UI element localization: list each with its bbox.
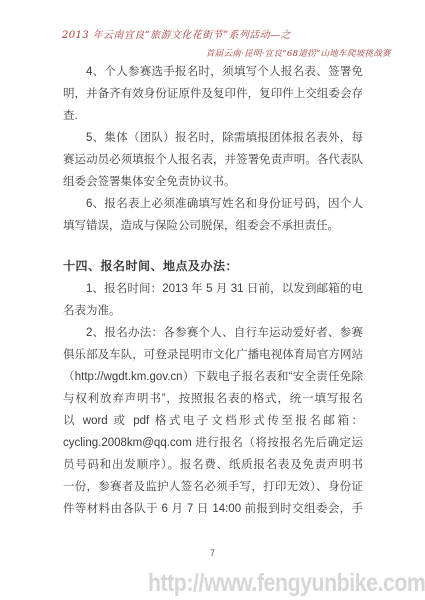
document-page: 2013 年云南宜良“旅游文化花街节”系列活动—之 首届云南·昆明·宜良“68道…: [0, 0, 425, 600]
header-race-title: 首届云南·昆明·宜良“68道拐”山地车爬坡挑战赛: [206, 47, 391, 59]
paragraph-line: 名表为准。: [63, 300, 363, 322]
section-heading: 十四、报名时间、地点及办法：: [63, 255, 363, 278]
header-event-series: 2013 年云南宜良“旅游文化花街节”系列活动—之: [62, 26, 291, 41]
paragraph-line: 填写错误，造成与保险公司脱保，组委会不承担责任。: [63, 215, 363, 237]
paragraph-line: 员号码和出发顺序）。报名费、纸质报名表及免责声明书（每人: [63, 454, 363, 476]
paragraph-line: 查.: [63, 105, 363, 127]
paragraph-line: 6、报名表上必须准确填写姓名和身份证号码，因个人原因: [63, 193, 363, 215]
paragraph-line: 5、集体（团队）报名时，除需填报团体报名表外，每名参: [63, 127, 363, 149]
paragraph-line: 组委会签署集体安全免责协议书。: [63, 171, 363, 193]
paragraph-line: 2、报名办法：各参赛个人、自行车运动爱好者、参赛单位、: [63, 322, 363, 344]
paragraph-line: 一份，参赛者及监护人签名必须手写，打印无效）、身份证复印: [63, 476, 363, 498]
watermark-url: http://www.fengyunbike.com: [148, 569, 425, 598]
paragraph-line: （http://wgdt.km.gov.cn）下载电子报名表和“安全责任免除: [63, 366, 363, 388]
paragraph-line: 明，并备齐有效身份证原件及复印件，复印件上交组委会存档备: [63, 83, 363, 105]
paragraph-line: 以 word 或 pdf 格式电子文档形式传至报名邮箱：: [63, 410, 363, 432]
document-body: 4、个人参赛选手报名时，须填写个人报名表、签署免责声 明，并备齐有效身份证原件及…: [63, 61, 363, 520]
page-number: 7: [0, 548, 425, 558]
paragraph-line: 赛运动员必须填报个人报名表，并签署免责声明。各代表队需与: [63, 149, 363, 171]
paragraph-line: 俱乐部及车队，可登录昆明市文化广播电视体育局官方网站: [63, 344, 363, 366]
paragraph-line: 与权利放弃声明书”，按照报名表的格式，统一填写报名表，并: [63, 388, 363, 410]
paragraph-line: 4、个人参赛选手报名时，须填写个人报名表、签署免责声: [63, 61, 363, 83]
paragraph-line: 件等材料由各队于 6 月 7 日 14:00 前报到时交组委会，手续不: [63, 498, 363, 520]
paragraph-line: cycling.2008km@qq.com 进行报名（将按报名先后确定运动: [63, 432, 363, 454]
paragraph-line: 1、报名时间：2013 年 5 月 31 日前，以发到邮箱的电子报: [63, 278, 363, 300]
